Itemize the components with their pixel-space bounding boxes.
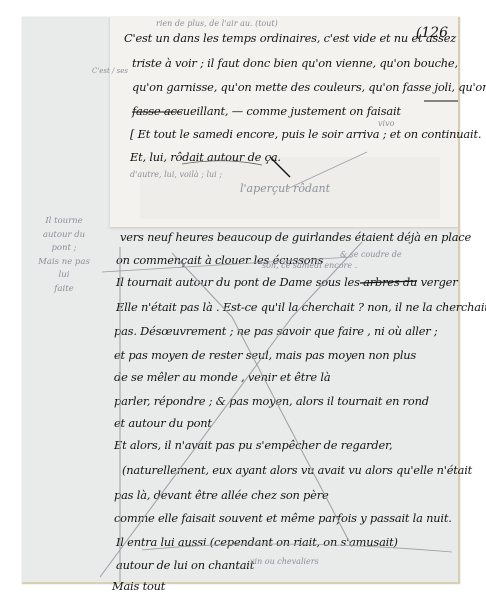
pencil-strike-lines — [22, 17, 458, 582]
manuscript-page: rien de plus, de l'air au. (tout) (126 C… — [22, 17, 460, 584]
